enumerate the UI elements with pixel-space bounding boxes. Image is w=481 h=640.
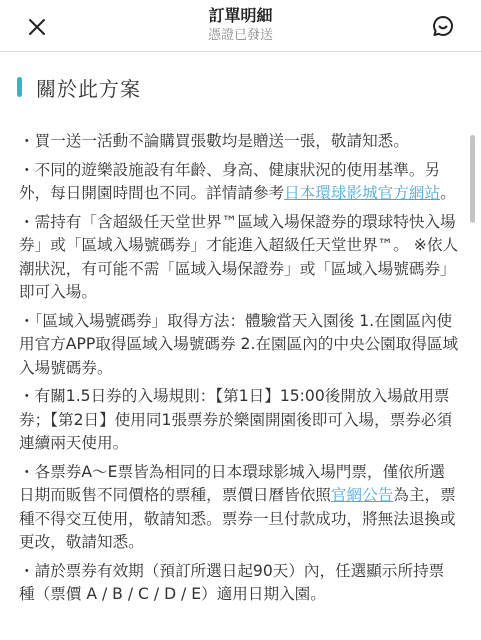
section-header: 關於此方案: [17, 73, 141, 101]
scrollbar[interactable]: [470, 135, 475, 223]
top-bar: 訂單明細 憑證已發送: [0, 0, 481, 52]
note-item: ・「區域入場號碼券」取得方法：體驗當天入園後 1.在園區內使用官方APP取得區域…: [19, 310, 459, 381]
page-subtitle: 憑證已發送: [0, 27, 481, 45]
note-item: ・各票券A～E票皆為相同的日本環球影城入場門票，僅依所選日期而販售不同價格的票種…: [19, 461, 459, 555]
note-item: ・不同的遊樂設施設有年齡、身高、健康狀況的使用基準。另外，每日開園時間也不同。詳…: [19, 159, 459, 206]
plan-notes-list: ・買一送一活動不論購買張數均是贈送一張，敬請知悉。 ・不同的遊樂設施設有年齡、身…: [19, 130, 459, 612]
chat-button[interactable]: [429, 12, 457, 40]
usj-official-site-link[interactable]: 日本環球影城官方網站: [284, 184, 440, 202]
note-text: 。: [440, 184, 456, 202]
page-title: 訂單明細: [0, 6, 481, 26]
section-accent-bar: [17, 77, 22, 97]
note-item: ・請於票券有效期（預訂所選日起90天）內，任選顯示所持票種（票價 A / B /…: [19, 560, 459, 607]
order-detail-content[interactable]: 關於此方案 ・買一送一活動不論購買張數均是贈送一張，敬請知悉。 ・不同的遊樂設施…: [0, 53, 481, 640]
note-item: ・買一送一活動不論購買張數均是贈送一張，敬請知悉。: [19, 130, 459, 154]
chat-bubble-smile-icon: [431, 14, 455, 38]
official-announcement-link[interactable]: 官網公告: [331, 486, 393, 504]
note-item: ・需持有「含超級任天堂世界™區域入場保證券的環球特快入場券」或「區域入場號碼券」…: [19, 211, 459, 305]
title-group: 訂單明細 憑證已發送: [0, 6, 481, 45]
note-item: ・有關1.5日券的入場規則：【第1日】15:00後開放入場啟用票券；【第2日】使…: [19, 385, 459, 456]
section-title: 關於此方案: [36, 73, 141, 102]
